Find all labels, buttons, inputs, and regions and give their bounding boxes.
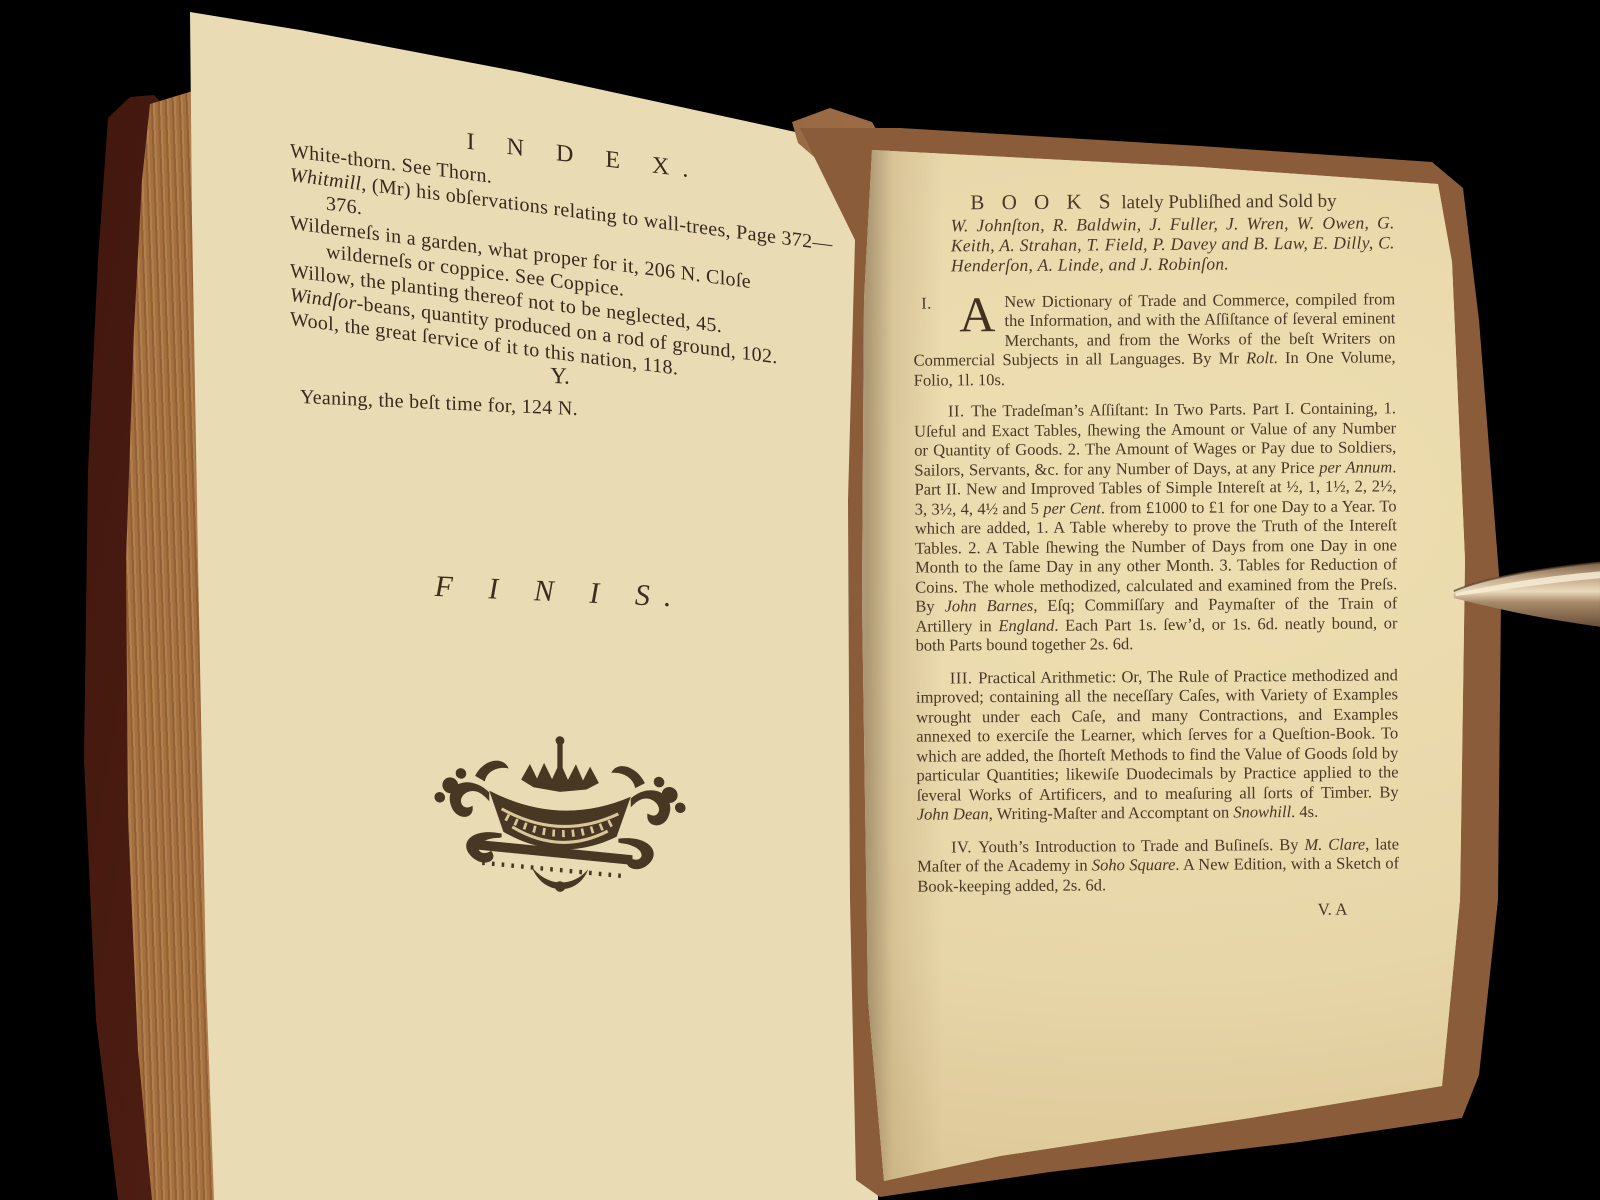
italic-text: per Annum [1319,457,1392,477]
book-item-i: I. ANew Dictionary of Trade and Commerce… [913,289,1396,390]
book-item-ii: II. The Tradeſman’s Aſſiſtant: In Two Pa… [914,398,1398,655]
book-items: I. ANew Dictionary of Trade and Commerce… [913,289,1399,896]
floral-basket-tailpiece-icon [300,716,820,914]
italic-text: M. Clare [1304,834,1365,853]
metal-pointer-icon [1432,518,1600,678]
item-number: II. [948,401,971,420]
book-photo: { "palette": { "background": "#000000", … [0,0,1600,1200]
finis-text: F I N I S. [300,568,820,617]
item-number: III. [950,668,978,687]
italic-text: Rolt [1246,348,1274,367]
item-number: I. [921,293,932,313]
book-item-iii: III. Practical Arithmetic: Or, The Rule … [916,665,1399,824]
italic-text: England [998,615,1054,634]
publishers-list: W. Johnſton, R. Baldwin, J. Fuller, J. W… [913,212,1395,275]
books-header: B O O K S lately Publiſhed and Sold by [912,190,1394,214]
italic-text: Snowhill [1233,802,1291,821]
books-word: B O O K S [970,189,1116,214]
index-term: Wool, [290,308,339,336]
books-header-rest: lately Publiſhed and Sold by [1117,191,1337,214]
signature-mark: V. A [917,899,1399,922]
right-page-text: B O O K S lately Publiſhed and Sold by W… [912,190,1399,922]
italic-text: Soho Square [1092,855,1176,875]
left-page-lower-text: Y. Yeaning, the beſt time for, 124 N. F … [300,352,820,914]
italic-text: per Cent [1043,498,1101,517]
italic-text: John Barnes [944,596,1033,616]
book-item-iv: IV. Youth’s Introduction to Trade and Bu… [917,834,1399,896]
italic-text: John Dean [917,804,989,824]
item-number: IV. [951,837,978,856]
